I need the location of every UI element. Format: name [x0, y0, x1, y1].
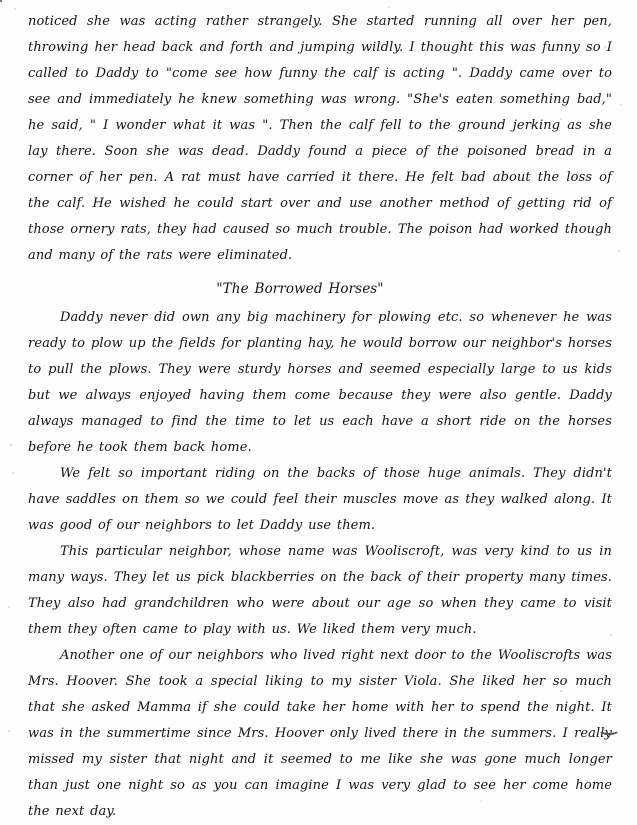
stray-pen-mark: [598, 724, 620, 735]
paragraph-borrowed-horses: Daddy never did own any big machinery fo…: [28, 305, 612, 461]
scanned-page: noticed she was acting rather strangely.…: [0, 0, 637, 825]
section-title: "The Borrowed Horses": [28, 276, 572, 302]
paragraph-mrs-hoover: Another one of our neighbors who lived r…: [28, 643, 612, 825]
paragraph-riding-horses: We felt so important riding on the backs…: [28, 461, 612, 539]
paragraph-wooliscroft-neighbor: This particular neighbor, whose name was…: [28, 539, 612, 643]
paragraph-poisoned-calf: noticed she was acting rather strangely.…: [28, 9, 612, 269]
scan-noise-specks: [0, 0, 2, 2]
